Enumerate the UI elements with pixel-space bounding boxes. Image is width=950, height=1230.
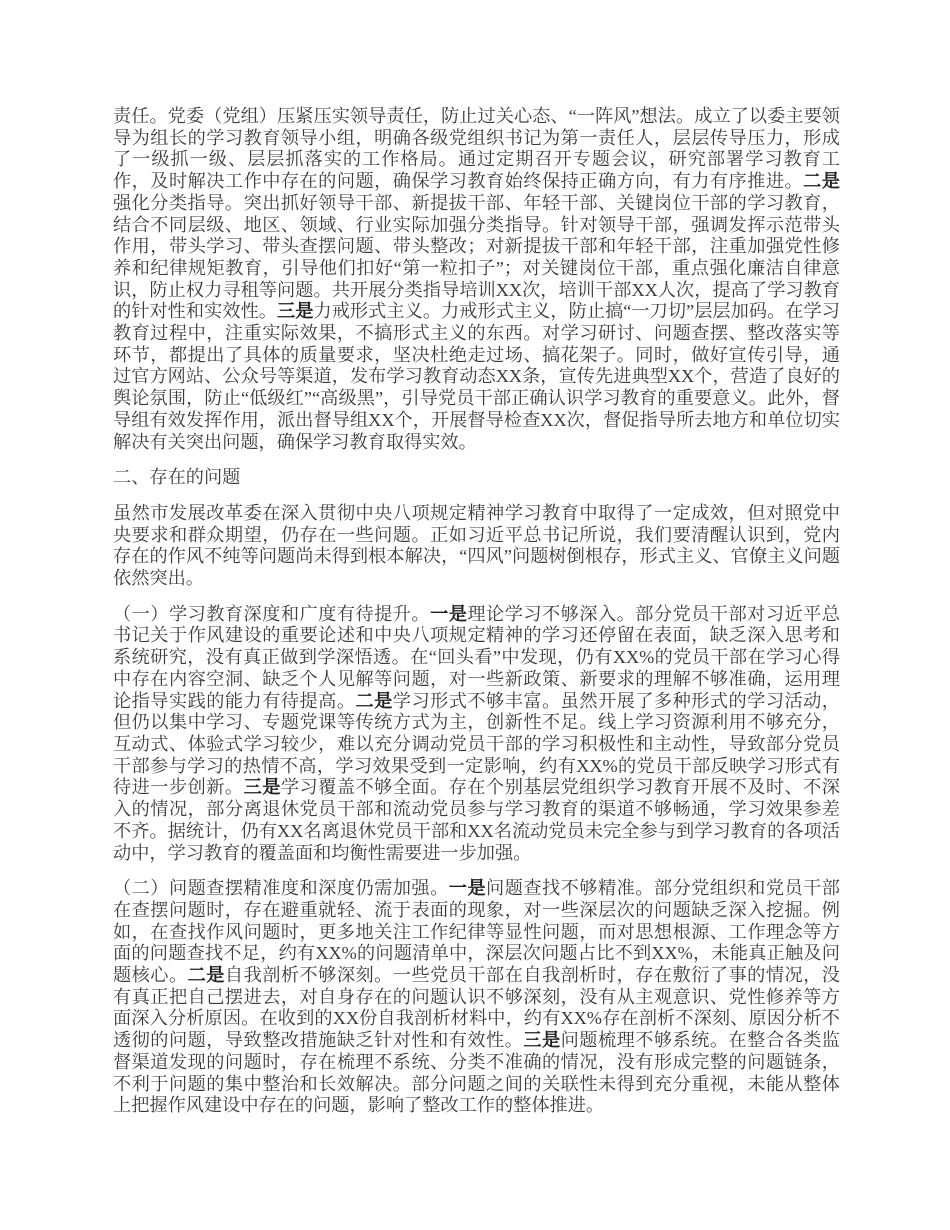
paragraph-problem-two: （二）问题查摆精准度和深度仍需加强。一是问题查找不够精准。部分党组织和党员干部在… bbox=[113, 878, 840, 1117]
paragraph-problems-intro: 虽然市发展改革委在深入贯彻中央八项规定精神学习教育中取得了一定成效，但对照党中央… bbox=[113, 503, 840, 590]
emphasis-run: 三是 bbox=[244, 777, 281, 797]
document-page: 责任。党委（党组）压紧压实领导责任，防止过关心态、“一阵风”想法。成立了以委主要… bbox=[0, 0, 950, 1230]
text-run: 二、存在的问题 bbox=[113, 467, 240, 487]
heading-section-two: 二、存在的问题 bbox=[113, 467, 840, 489]
emphasis-run: 二是 bbox=[188, 965, 225, 985]
paragraph-measures-continued: 责任。党委（党组）压紧压实领导责任，防止过关心态、“一阵风”想法。成立了以委主要… bbox=[113, 106, 840, 453]
text-run: （一）学习教育深度和广度有待提升。 bbox=[113, 604, 430, 624]
text-run: 虽然市发展改革委在深入贯彻中央八项规定精神学习教育中取得了一定成效，但对照党中央… bbox=[113, 503, 840, 588]
document-body: 责任。党委（党组）压紧压实领导责任，防止过关心态、“一阵风”想法。成立了以委主要… bbox=[113, 106, 840, 1117]
emphasis-run: 一是 bbox=[449, 878, 486, 898]
emphasis-run: 三是 bbox=[277, 301, 313, 321]
emphasis-run: 一是 bbox=[430, 604, 467, 624]
text-run: 责任。党委（党组）压紧压实领导责任，防止过关心态、“一阵风”想法。成立了以委主要… bbox=[113, 106, 840, 191]
paragraph-problem-one: （一）学习教育深度和广度有待提升。一是理论学习不够深入。部分党员干部对习近平总书… bbox=[113, 604, 840, 864]
emphasis-run: 二是 bbox=[803, 171, 840, 191]
text-run: （二）问题查摆精准度和深度仍需加强。 bbox=[113, 878, 449, 898]
emphasis-run: 三是 bbox=[523, 1030, 560, 1050]
emphasis-run: 二是 bbox=[355, 691, 392, 711]
text-run: 力戒形式主义。力戒形式主义，防止搞“一刀切”层层加码。在学习教育过程中，注重实际… bbox=[113, 301, 840, 451]
